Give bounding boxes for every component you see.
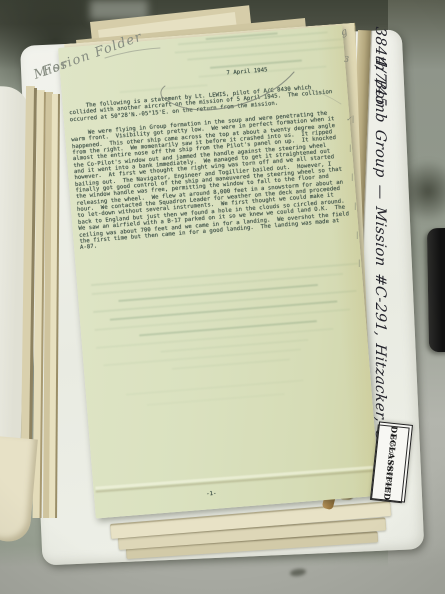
margin-mark: | [349, 144, 351, 152]
pencil-curve-arrow [162, 72, 294, 110]
photograph-of-document: 384th Bomb Group — Mission #C-291, Hitza… [0, 0, 445, 594]
pencil-stroke-overlay [0, 0, 445, 594]
margin-mark: | [358, 259, 360, 267]
margin-mark: ✓| [346, 115, 354, 123]
black-object [427, 228, 445, 353]
margin-mark: | [354, 202, 356, 210]
margin-mark: | [351, 173, 353, 181]
pencil-faint-swoosh [306, 88, 341, 104]
pencil-curve-hook [161, 86, 165, 97]
margin-mark: 3 [344, 55, 349, 64]
pencil-underline [105, 48, 160, 58]
declassified-stamp-border: DECLASSIFIED Authority NND745005 [370, 424, 410, 503]
margin-mark: | [356, 231, 358, 239]
